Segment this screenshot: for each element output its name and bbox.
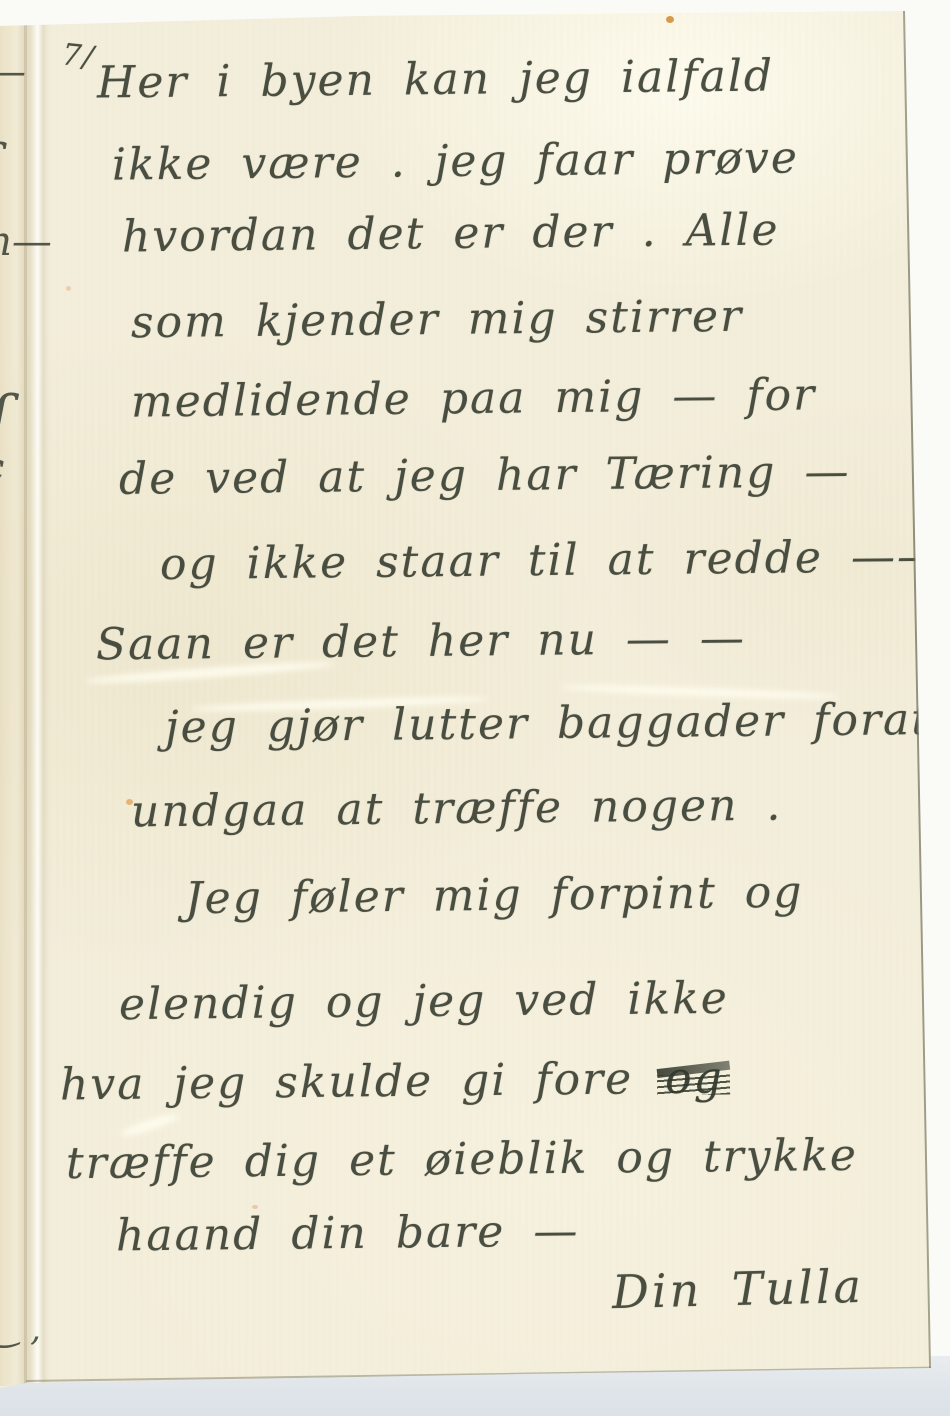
handwriting-line: de ved at jeg har Tæring — (119, 450, 851, 502)
fox-spot (666, 16, 674, 23)
stray-stroke: ſ (0, 388, 10, 448)
line-text: hva jeg skulde gi fore (60, 1053, 634, 1110)
page-note: 7/ (61, 40, 97, 73)
crease-highlight (120, 1111, 180, 1139)
handwriting-line: træffe dig et øieblik og trykke (66, 1134, 858, 1186)
stray-stroke: — (0, 52, 26, 92)
letter-page: — ʃ m— ſ c ‿ , 7/ Her i byen kan jeg ial… (0, 0, 950, 1416)
letter-scan: — ʃ m— ſ c ‿ , 7/ Her i byen kan jeg ial… (0, 0, 950, 1416)
handwriting-line: og ikke staar til at redde —— (160, 535, 943, 587)
paper-right-edge (903, 11, 932, 1370)
handwriting-line: haand din bare — (116, 1210, 580, 1259)
handwriting-line: hva jeg skulde gi fore og (60, 1057, 728, 1108)
fox-spot (66, 286, 71, 291)
handwriting-line: elendig og jeg ved ikke (119, 977, 729, 1027)
signature: Din Tulla (611, 1263, 864, 1315)
stray-stroke: c (0, 448, 4, 488)
handwriting-line: Saan er det her nu — — (96, 617, 746, 668)
handwriting-line: hvordan det er der . Alle (122, 209, 780, 260)
fold-crease (24, 11, 50, 1385)
handwriting-line: Jeg føler mig forpint og (185, 871, 804, 921)
handwriting-line: undgaa at træffe nogen . (131, 784, 783, 835)
scribbled-out-word: og (661, 1057, 728, 1102)
stray-stroke: m— (0, 222, 52, 262)
handwriting-line: jeg gjør lutter baggader forat (165, 698, 931, 750)
stray-stroke: ‿ , (0, 1312, 41, 1346)
handwriting-line: som kjender mig stirrer (131, 295, 744, 345)
handwriting-line: Her i byen kan jeg ialfald (97, 54, 774, 105)
handwriting-line: ikke være . jeg faar prøve (112, 136, 799, 187)
handwriting-line: medlidende paa mig — for (131, 373, 817, 424)
